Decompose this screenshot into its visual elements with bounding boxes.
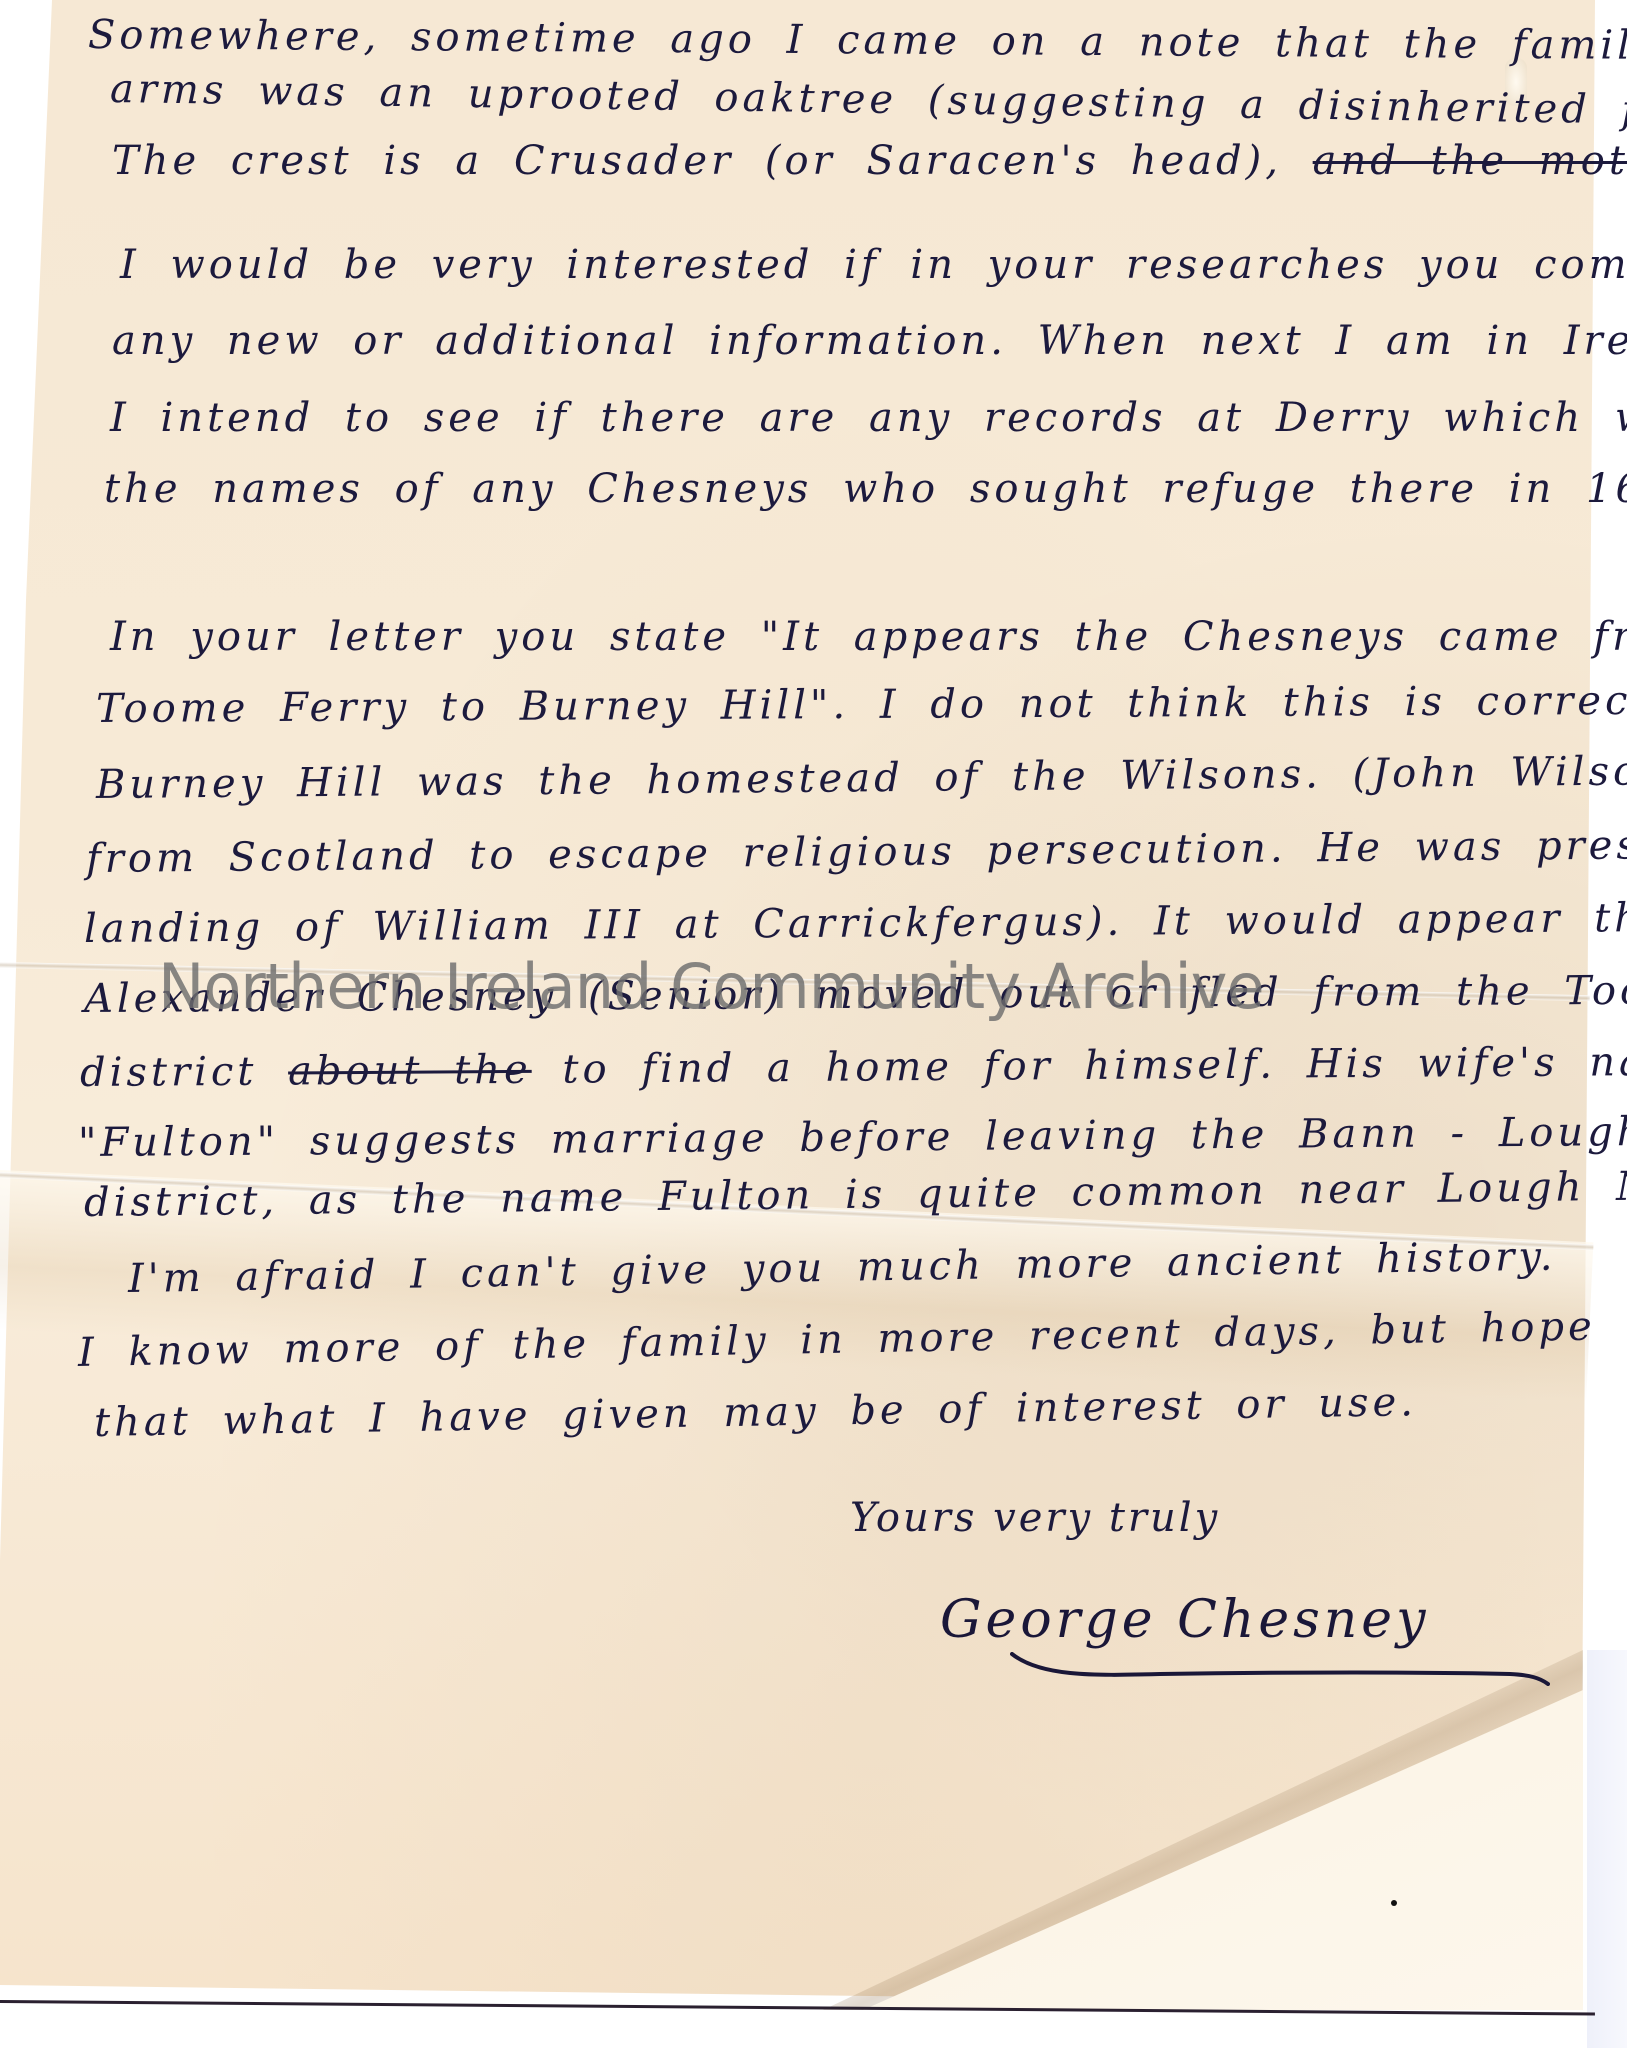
letter-line: The crest is a Crusader (or Saracen's he… — [112, 138, 1627, 184]
line-text: The crest is a Crusader (or Saracen's he… — [112, 138, 1627, 184]
letter-line: Toome Ferry to Burney Hill". I do not th… — [96, 678, 1627, 732]
letter-line: district about the to find a home for hi… — [80, 1039, 1627, 1096]
letter-line: Alexander Chesney (Senior) moved out or … — [84, 967, 1627, 1022]
letter-line: "Fulton" suggests marriage before leavin… — [78, 1108, 1627, 1166]
letter-line: the names of any Chesneys who sought ref… — [104, 466, 1627, 512]
letter-line: that what I have given may be of interes… — [94, 1379, 1418, 1446]
letter-line: arms was an uprooted oaktree (suggesting… — [110, 66, 1627, 136]
letter-line: any new or additional information. When … — [112, 318, 1627, 364]
crossed-out-text: and the motto — [1313, 138, 1627, 184]
letter-body: Somewhere, sometime ago I came on a note… — [0, 0, 1595, 2010]
letter-line: I know more of the family in more recent… — [78, 1304, 1596, 1376]
letter-line: I'm afraid I can't give you much more an… — [128, 1234, 1557, 1302]
letter-line: I would be very interested if in your re… — [120, 242, 1627, 288]
letter-line: district, as the name Fulton is quite co… — [84, 1162, 1627, 1226]
letter-line: In your letter you state "It appears the… — [110, 614, 1627, 660]
letter-closing: Yours very truly — [850, 1495, 1220, 1541]
crossed-out-text: about the — [288, 1047, 532, 1095]
signature: George Chesney — [940, 1590, 1429, 1650]
letter-line: I intend to see if there are any records… — [110, 395, 1627, 441]
letter-line: landing of William III at Carrickfergus)… — [84, 895, 1627, 952]
signature-underline — [1010, 1652, 1550, 1686]
letter-line: Burney Hill was the homestead of the Wil… — [96, 747, 1627, 808]
letter-line: from Scotland to escape religious persec… — [86, 820, 1627, 882]
letter-line: Somewhere, sometime ago I came on a note… — [88, 12, 1627, 70]
